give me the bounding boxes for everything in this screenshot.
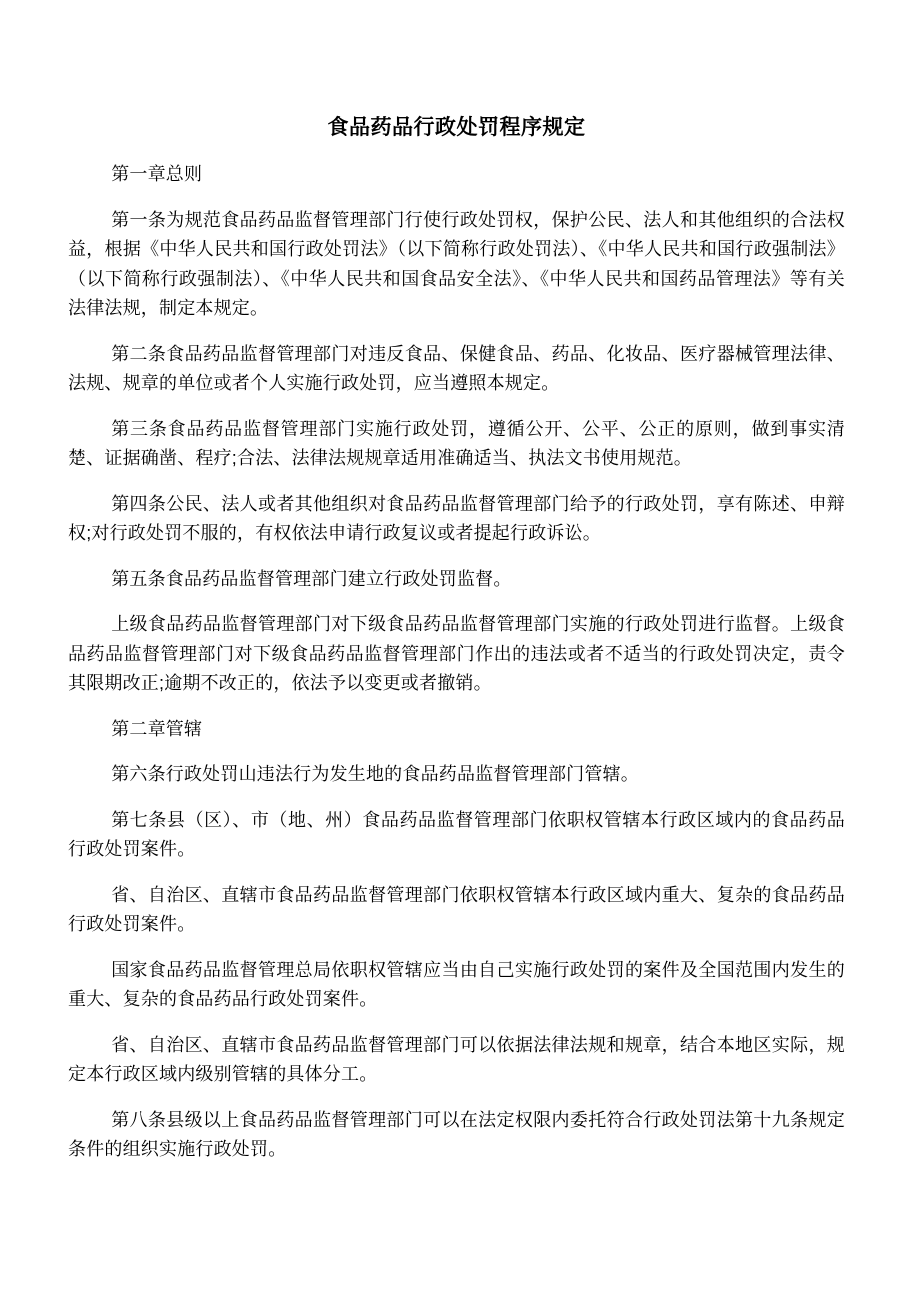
paragraph-article-2: 第二条食品药品监督管理部门对违反食品、保健食品、药品、化妆品、医疗器械管理法律、… (68, 340, 845, 399)
paragraph-article-4: 第四条公民、法人或者其他组织对食品药品监督管理部门给予的行政处罚，享有陈述、申辩… (68, 490, 845, 549)
paragraph-article-5-supervision: 上级食品药品监督管理部门对下级食品药品监督管理部门实施的行政处罚进行监督。上级食… (68, 610, 845, 699)
paragraph-article-3: 第三条食品药品监督管理部门实施行政处罚，遵循公开、公平、公正的原则，做到事实清楚… (68, 415, 845, 474)
document-title: 食品药品行政处罚程序规定 (68, 112, 845, 144)
paragraph-article-7-division: 省、自治区、直辖市食品药品监督管理部门可以依据法律法规和规章，结合本地区实际，规… (68, 1031, 845, 1090)
chapter-heading-2: 第二章管辖 (68, 715, 845, 745)
paragraph-article-7-national: 国家食品药品监督管理总局依职权管辖应当由自己实施行政处罚的案件及全国范围内发生的… (68, 956, 845, 1015)
paragraph-article-8: 第八条县级以上食品药品监督管理部门可以在法定权限内委托符合行政处罚法第十九条规定… (68, 1106, 845, 1165)
paragraph-article-1: 第一条为规范食品药品监督管理部门行使行政处罚权，保护公民、法人和其他组织的合法权… (68, 206, 845, 324)
paragraph-article-7: 第七条县（区）、市（地、州）食品药品监督管理部门依职权管辖本行政区域内的食品药品… (68, 806, 845, 865)
paragraph-article-6: 第六条行政处罚山违法行为发生地的食品药品监督管理部门管辖。 (68, 760, 845, 790)
document-page: 食品药品行政处罚程序规定 第一章总则 第一条为规范食品药品监督管理部门行使行政处… (0, 0, 920, 1301)
chapter-heading-1: 第一章总则 (68, 160, 845, 190)
paragraph-article-5: 第五条食品药品监督管理部门建立行政处罚监督。 (68, 565, 845, 595)
paragraph-article-7-provincial: 省、自治区、直辖市食品药品监督管理部门依职权管辖本行政区域内重大、复杂的食品药品… (68, 881, 845, 940)
